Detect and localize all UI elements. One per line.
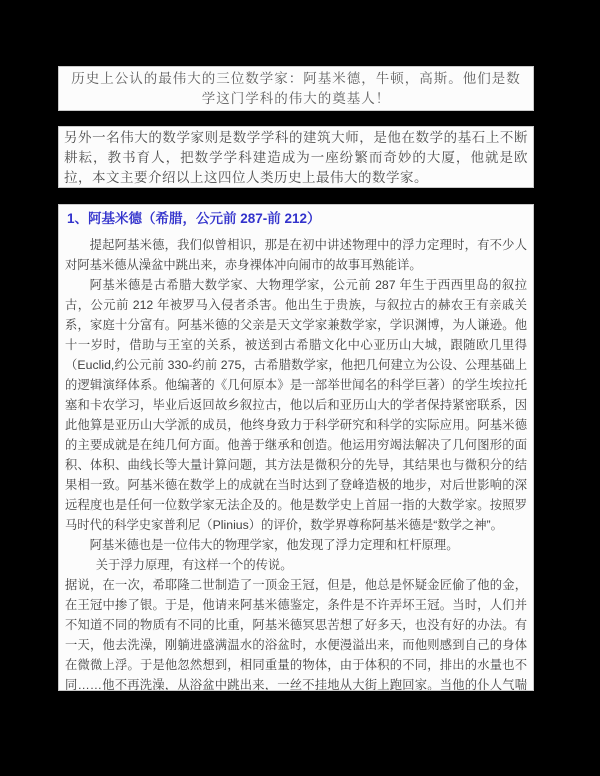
article-paragraph-1: 提起阿基米德，我们似曾相识，那是在初中讲述物理中的浮力定理时，有不少人对阿基米德… [65,235,527,275]
intro-block: 另外一名伟大的数学家则是数学学科的建筑大师，是他在数学的基石上不断耕耘，教书育人… [58,126,534,188]
scanned-document-page: 历史上公认的最伟大的三位数学家：阿基米德，牛顿，高斯。他们是数学这门学科的伟大的… [0,0,600,776]
article-paragraph-2: 阿基米德是古希腊大数学家、大物理学家，公元前 287 年生于西西里岛的叙拉古，公… [65,275,527,535]
banner-text: 历史上公认的最伟大的三位数学家：阿基米德，牛顿，高斯。他们是数学这门学科的伟大的… [71,71,521,106]
article-block: 1、阿基米德（希腊，公元前 287-前 212） 提起阿基米德，我们似曾相识，那… [58,204,534,691]
intro-text: 另外一名伟大的数学家则是数学学科的建筑大师，是他在数学的基石上不断耕耘，教书育人… [64,130,528,185]
article-paragraph-5: 据说，在一次，希耶隆二世制造了一顶金王冠，但是，他总是怀疑金匠偷了他的金，在王冠… [65,575,527,691]
banner-block: 历史上公认的最伟大的三位数学家：阿基米德，牛顿，高斯。他们是数学这门学科的伟大的… [58,66,534,111]
article-paragraph-3: 阿基米德也是一位伟大的物理学家，他发现了浮力定理和杠杆原理。 [65,535,527,555]
article-paragraph-4: 关于浮力原理，有这样一个的传说。 [65,555,527,575]
section-heading: 1、阿基米德（希腊，公元前 287-前 212） [67,209,527,229]
